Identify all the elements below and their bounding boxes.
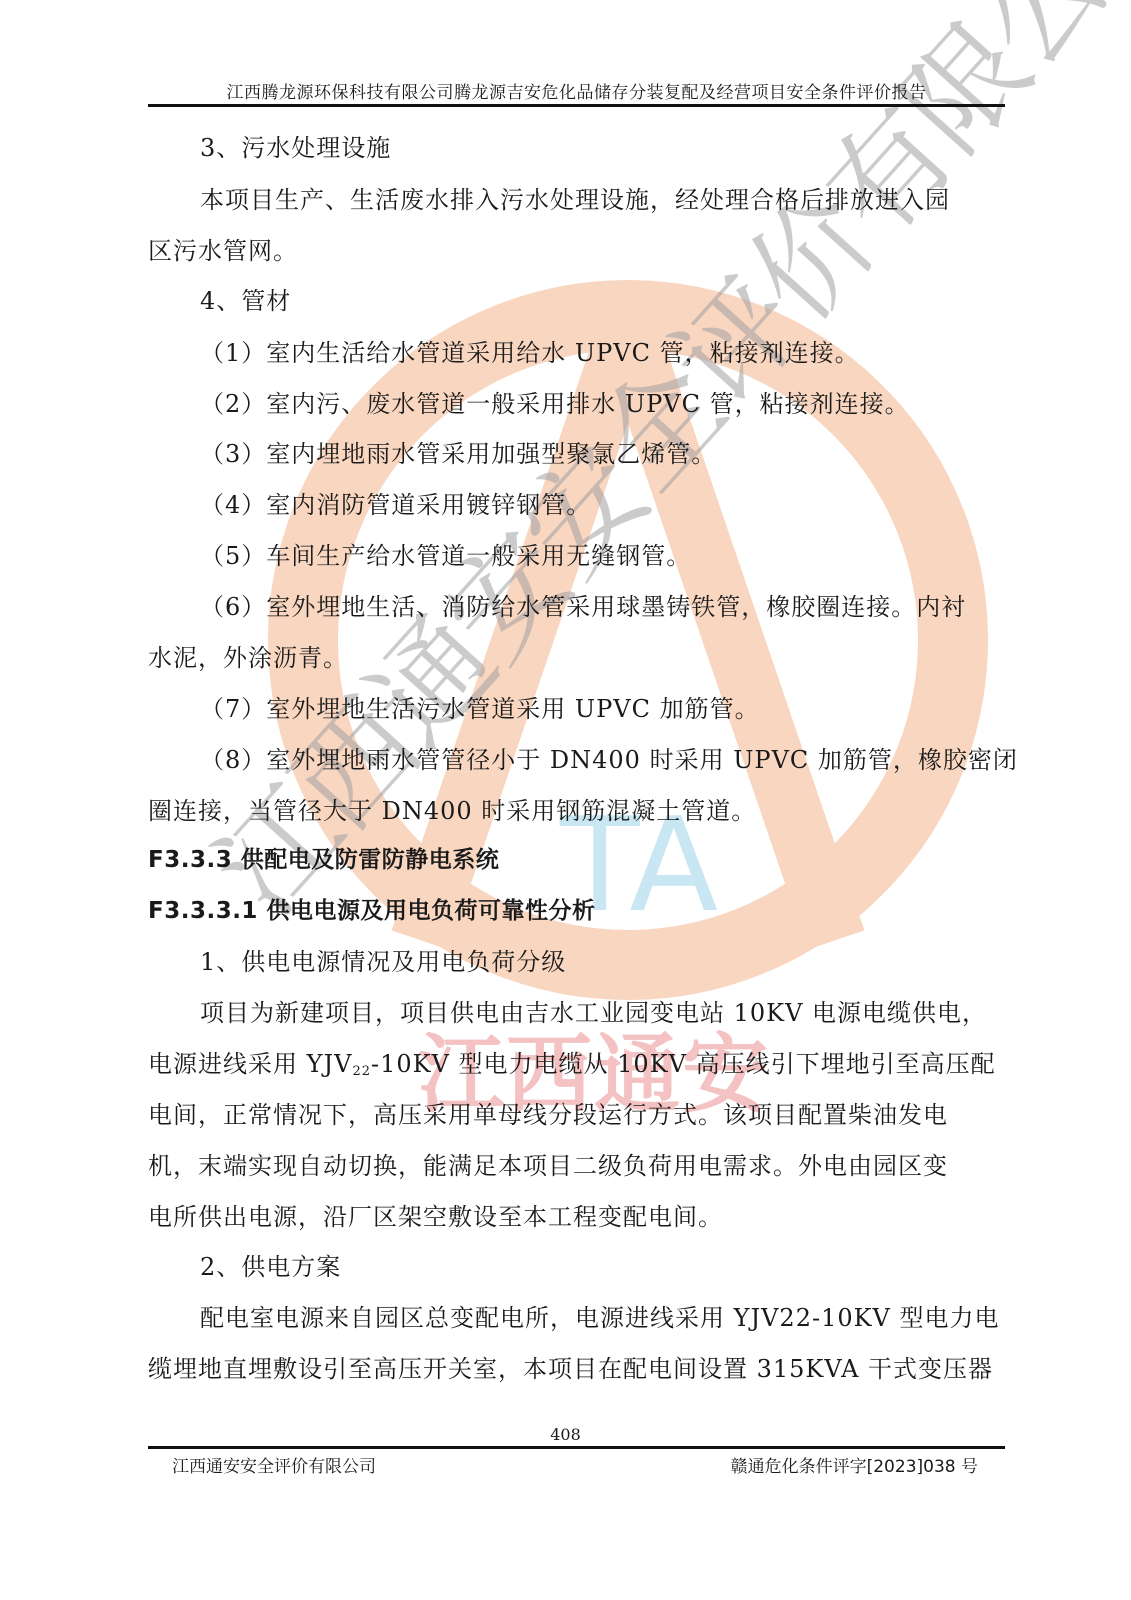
subheading: 3、污水处理设施 (200, 133, 391, 163)
paragraph-continuation: 水泥，外涂沥青。 (148, 643, 348, 673)
subheading: 1、供电电源情况及用电负荷分级 (200, 947, 566, 977)
paragraph-continuation: 电源进线采用 YJV22-10KV 型电力电缆从 10KV 高压线引下埋地引至高… (148, 1049, 996, 1087)
list-item: （4）室内消防管道采用镀锌钢管。 (200, 490, 591, 520)
list-item: （1）室内生活给水管道采用给水 UPVC 管，粘接剂连接。 (200, 338, 860, 368)
paragraph-continuation: 缆埋地直埋敷设引至高压开关室，本项目在配电间设置 315KVA 干式变压器 (148, 1354, 993, 1384)
paragraph: 本项目生产、生活废水排入污水处理设施，经处理合格后排放进入园 (200, 185, 950, 215)
section-heading: F3.3.3 供配电及防雷防静电系统 (148, 845, 499, 875)
list-item: （2）室内污、废水管道一般采用排水 UPVC 管，粘接剂连接。 (200, 389, 910, 419)
paragraph-continuation: 机，末端实现自动切换，能满足本项目二级负荷用电需求。外电由园区变 (148, 1151, 948, 1181)
document-page: TA 江西通安 江西通安安全评价有限公司 江西腾龙源环保科技有限公司腾龙源吉安危… (0, 0, 1131, 1600)
list-item: （8）室外埋地雨水管管径小于 DN400 时采用 UPVC 加筋管，橡胶密闭 (200, 745, 1018, 775)
list-item: （3）室内埋地雨水管采用加强型聚氯乙烯管。 (200, 439, 716, 469)
page-number: 408 (0, 1425, 1131, 1444)
paragraph-continuation: 电所供出电源，沿厂区架空敷设至本工程变配电间。 (148, 1202, 723, 1232)
page-header-title: 江西腾龙源环保科技有限公司腾龙源吉安危化品储存分装复配及经营项目安全条件评价报告 (148, 78, 1005, 103)
paragraph-continuation: 区污水管网。 (148, 236, 298, 266)
paragraph-continuation: 圈连接，当管径大于 DN400 时采用钢筋混凝土管道。 (148, 796, 756, 826)
paragraph-continuation: 电间，正常情况下，高压采用单母线分段运行方式。该项目配置柴油发电 (148, 1100, 948, 1130)
list-item: （5）车间生产给水管道一般采用无缝钢管。 (200, 541, 691, 571)
header-divider (148, 104, 1005, 107)
paragraph: 项目为新建项目，项目供电由吉水工业园变电站 10KV 电源电缆供电， (200, 998, 987, 1028)
subheading: 4、管材 (200, 286, 291, 316)
footer-company: 江西通安安全评价有限公司 (172, 1452, 376, 1477)
subheading: 2、供电方案 (200, 1252, 341, 1282)
list-item: （6）室外埋地生活、消防给水管采用球墨铸铁管，橡胶圈连接。内衬 (200, 592, 966, 622)
paragraph: 配电室电源来自园区总变配电所，电源进线采用 YJV22-10KV 型电力电 (200, 1303, 1000, 1333)
list-item: （7）室外埋地生活污水管道采用 UPVC 加筋管。 (200, 694, 760, 724)
text-segment: 电源进线采用 YJV (148, 1050, 352, 1078)
subsection-heading: F3.3.3.1 供电电源及用电负荷可靠性分析 (148, 896, 595, 926)
footer-divider (148, 1446, 1005, 1449)
subscript: 22 (352, 1064, 371, 1079)
text-segment: -10KV 型电力电缆从 10KV 高压线引下埋地引至高压配 (371, 1050, 996, 1078)
footer-report-number: 赣通危化条件评字[2023]038 号 (731, 1452, 978, 1477)
